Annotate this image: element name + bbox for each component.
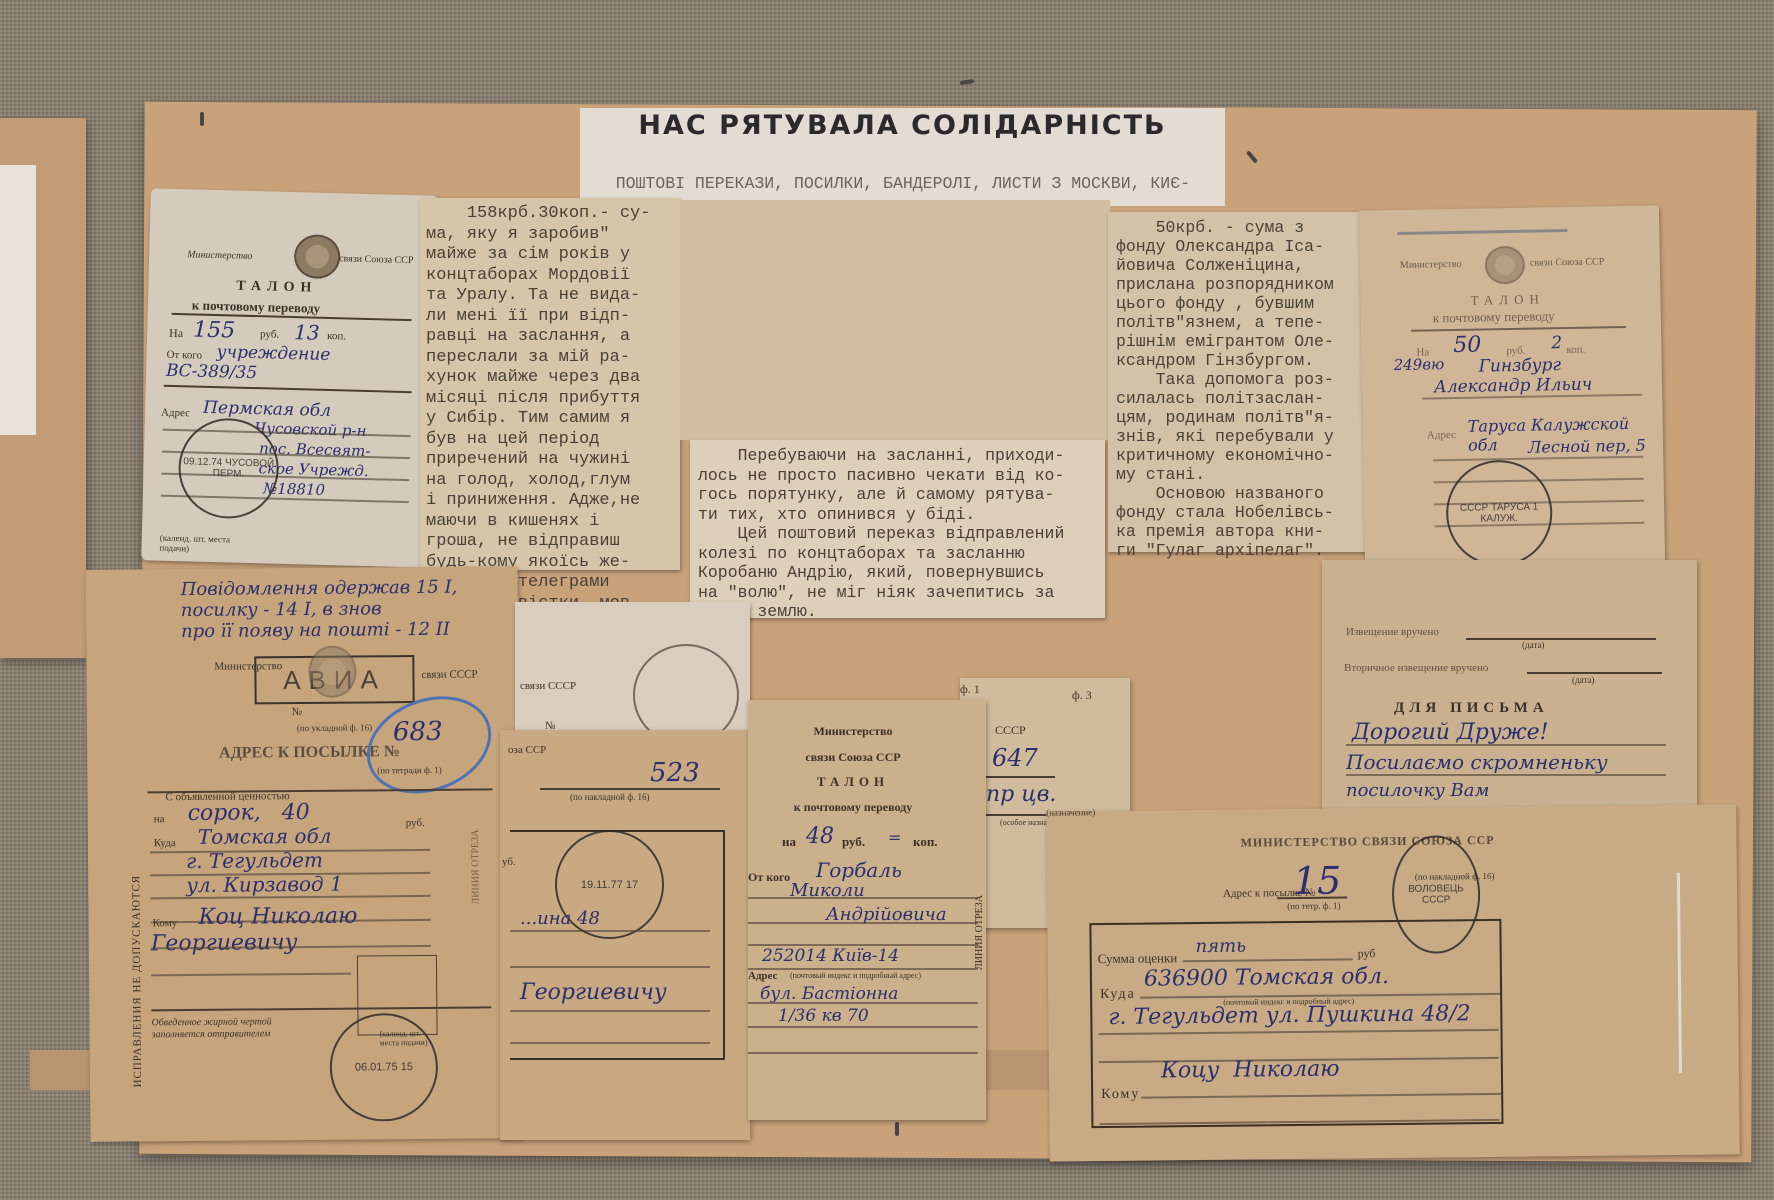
label-date: (дата) [1522,640,1544,650]
address-line: Томская обл [198,824,332,849]
address-line: Лесной пер, 5 [1528,436,1646,457]
rub-value: 48 [806,824,834,849]
kop-value: = [888,828,901,847]
talon-heading: ТАЛОН [748,774,958,790]
handwritten-line: пр цв. [986,782,1056,807]
handwritten-note: Повідомлення одержав 15 I, посилку - 14 … [181,577,458,642]
ministry-label: связи Союза ССР [339,253,414,266]
money-order-talon-2: Министерство связи Союза ССР ТАЛОН к поч… [1359,205,1665,565]
address-line: 1/36 кв 70 [778,1006,869,1026]
ministry-label: связи СССР [520,680,576,692]
ministry-label: Министерство [187,249,253,262]
exhibit-title: НАС РЯТУВАЛА СОЛІДАРНІСТЬ [586,110,1219,141]
stamp-hint: (календ. шт. места подачи) [159,533,239,555]
label-rub: руб. [842,834,865,850]
invoice-number: 523 [650,758,700,788]
note-line: Повідомлення одержав 15 I, [181,577,458,600]
ministry-label: связи Союза ССР [748,750,958,765]
label-to: Куда [1100,987,1136,1003]
footer-line: заполняется отправителем [152,1028,272,1041]
talon-subheading: к почтовому переводу [748,800,958,815]
ministry-label: связи СССР [421,668,477,680]
parcel-address-form-1: Повідомлення одержав 15 I, посилку - 14 … [86,566,523,1142]
label-from: От кого [166,349,202,362]
address-line: бул. Бастіонна [760,984,898,1004]
label-address: Адрес [1427,429,1456,442]
label-rub: руб. [406,817,425,829]
thread-stitch [1677,873,1682,1073]
parcel-address-form-2: оза ССР 523 (по накладной ф. 16) уб. 19.… [500,730,750,1140]
note-line: посилку - 14 I, в знов [181,598,458,621]
ussr-emblem-icon [1485,246,1526,285]
rub-value: 50 [1453,333,1481,358]
talon-subheading: к почтовому переводу [1433,308,1555,326]
recipient-line: Коц Николаю [198,904,357,930]
label-kop: коп. [327,330,346,342]
label-na: На [169,326,183,341]
backing-sheet [680,200,1110,440]
ussr-emblem-icon [294,234,341,279]
recipient-line: Георгиевичу [151,930,298,956]
envelope-fragment: связи СССР № [515,602,750,742]
parcel-number: 683 [393,717,443,747]
label-rub: руб [1358,946,1376,961]
label-register: (по тетради ф. 1) [377,765,442,776]
talon-heading: ТАЛОН [236,279,317,297]
label-whom: Кому [1101,1087,1140,1103]
side-warning: ИСПРАВЛЕНИЯ НЕ ДОПУСКАЮТСЯ [130,797,145,1087]
address-line: г. Тегульдет ул. Пушкина 48/2 [1108,1001,1471,1030]
address-line: 636900 Томская обл. [1144,964,1389,992]
label-na: на [782,834,796,850]
pin [960,79,974,85]
stamp-hint: (календ. шт. места подачи) [380,1029,430,1047]
label-date: (дата) [1572,675,1594,685]
ministry-label: оза ССР [508,744,546,756]
rub-value: 155 [193,317,236,343]
parcel-address-form-3: (назначение) МИНИСТЕРСТВО СВЯЗИ СОЮЗА СС… [1046,804,1740,1161]
notice-letter-form: Извещение вручено (дата) Вторичное извещ… [1322,560,1697,810]
cut-line-label: ЛИНИЯ ОТРЕЗА [469,794,481,904]
label-register: (по тетр. ф. 1) [1287,901,1340,912]
sender-line: Гинзбург [1478,355,1561,376]
label-second-notice: Вторичное извещение вручено [1344,662,1488,674]
label-notice-delivered: Извещение вручено [1346,626,1439,638]
ministry-label: Министерство [1400,259,1462,271]
sender-line: ВС-389/35 [166,361,258,383]
address-line: ул. Кирзавод 1 [186,872,343,897]
typed-note-solzhenitsyn-fund: 50крб. - сума з фонду Олександра Іса- йо… [1108,212,1388,552]
top-fragment-label: (назначение) [1046,807,1095,818]
declared-value: сорок, 40 [188,800,310,826]
address-line: 252014 Київ-14 [762,946,899,966]
money-order-talon-3: Министерство связи Союза ССР ТАЛОН к поч… [748,700,986,1120]
pin [200,112,204,126]
label-invoice: (по накладной ф. 16) [570,792,650,802]
sender-line: Горбаль [816,858,902,882]
note-line: про її появу на пошті - 12 II [181,619,458,642]
pin [895,1122,899,1136]
sum-value: пять [1195,936,1246,958]
typed-note-earnings: 158крб.30коп.- су- ма, яку я заробив" ма… [420,198,680,570]
address-line: Пермская обл [203,398,331,421]
cut-line-label: ЛИНИЯ ОТРЕЗА [974,840,985,970]
form-code: ф. 3 [1072,688,1092,703]
label-kop: коп. [913,834,938,850]
postmark-stamp: СССР ТАРУСА 1 КАЛУЖ. [1445,459,1553,567]
recipient-line: Коцу Николаю [1161,1057,1340,1084]
label-na: на [154,813,165,825]
kop-value: 13 [294,320,320,345]
label-no: № [292,706,303,718]
letter-line: Дорогий Друже! [1352,720,1549,745]
label-invoice: (по укладной ф. 16) [297,722,372,733]
recipient-line: Георгиевичу [520,980,667,1005]
margin-note: 249вю [1393,355,1444,374]
label-address: Адрес [161,407,190,420]
exhibit-title-card: НАС РЯТУВАЛА СОЛІДАРНІСТЬ ПОШТОВІ ПЕРЕКА… [580,108,1225,206]
label-rub: уб. [502,856,516,868]
ministry-label: связи Союза ССР [1530,256,1605,268]
ministry-label: Министерство [748,724,958,739]
footer-line: Обведенное жирной чертой [151,1016,271,1029]
label-rub: руб. [260,328,279,340]
adjacent-paper-fragment [0,165,36,435]
letter-line: Посилаємо скромненьку [1346,750,1608,774]
sender-line: Александр Ильич [1434,375,1593,398]
ussr-emblem-icon [308,646,356,698]
talon-heading: ТАЛОН [1470,291,1545,308]
letter-line: посилочку Вам [1346,780,1489,801]
kop-value: 2 [1551,333,1562,353]
address-hint: (почтовый индекс и подробный адрес) [790,971,921,980]
label-whom: Кому [153,917,178,929]
footer-note: Обведенное жирной чертой заполняется отп… [151,1016,272,1041]
label-kop: коп. [1566,344,1585,356]
intro-line: ПОШТОВІ ПЕРЕКАЗИ, ПОСИЛКИ, БАНДЕРОЛІ, ЛИ… [586,175,1219,192]
ministry-label: СССР [995,723,1026,738]
address-line: Чусовской р-н [254,419,366,440]
form-heading: ДЛЯ ПИСЬМА [1394,700,1549,717]
form-code: ф. 1 [960,682,980,697]
money-order-talon-1: Министерство связи Союза ССР ТАЛОН к поч… [141,188,439,567]
label-from: От кого [748,870,790,885]
label-address: Адрес [748,970,778,982]
label-to: Куда [154,837,176,849]
label-sum: Сумма оценки [1098,950,1178,967]
address-line: ...ина 48 [520,908,600,929]
typed-note-exile: Перебуваючи на засланні, приходи- лось н… [690,440,1105,618]
form-number: 647 [992,744,1038,772]
